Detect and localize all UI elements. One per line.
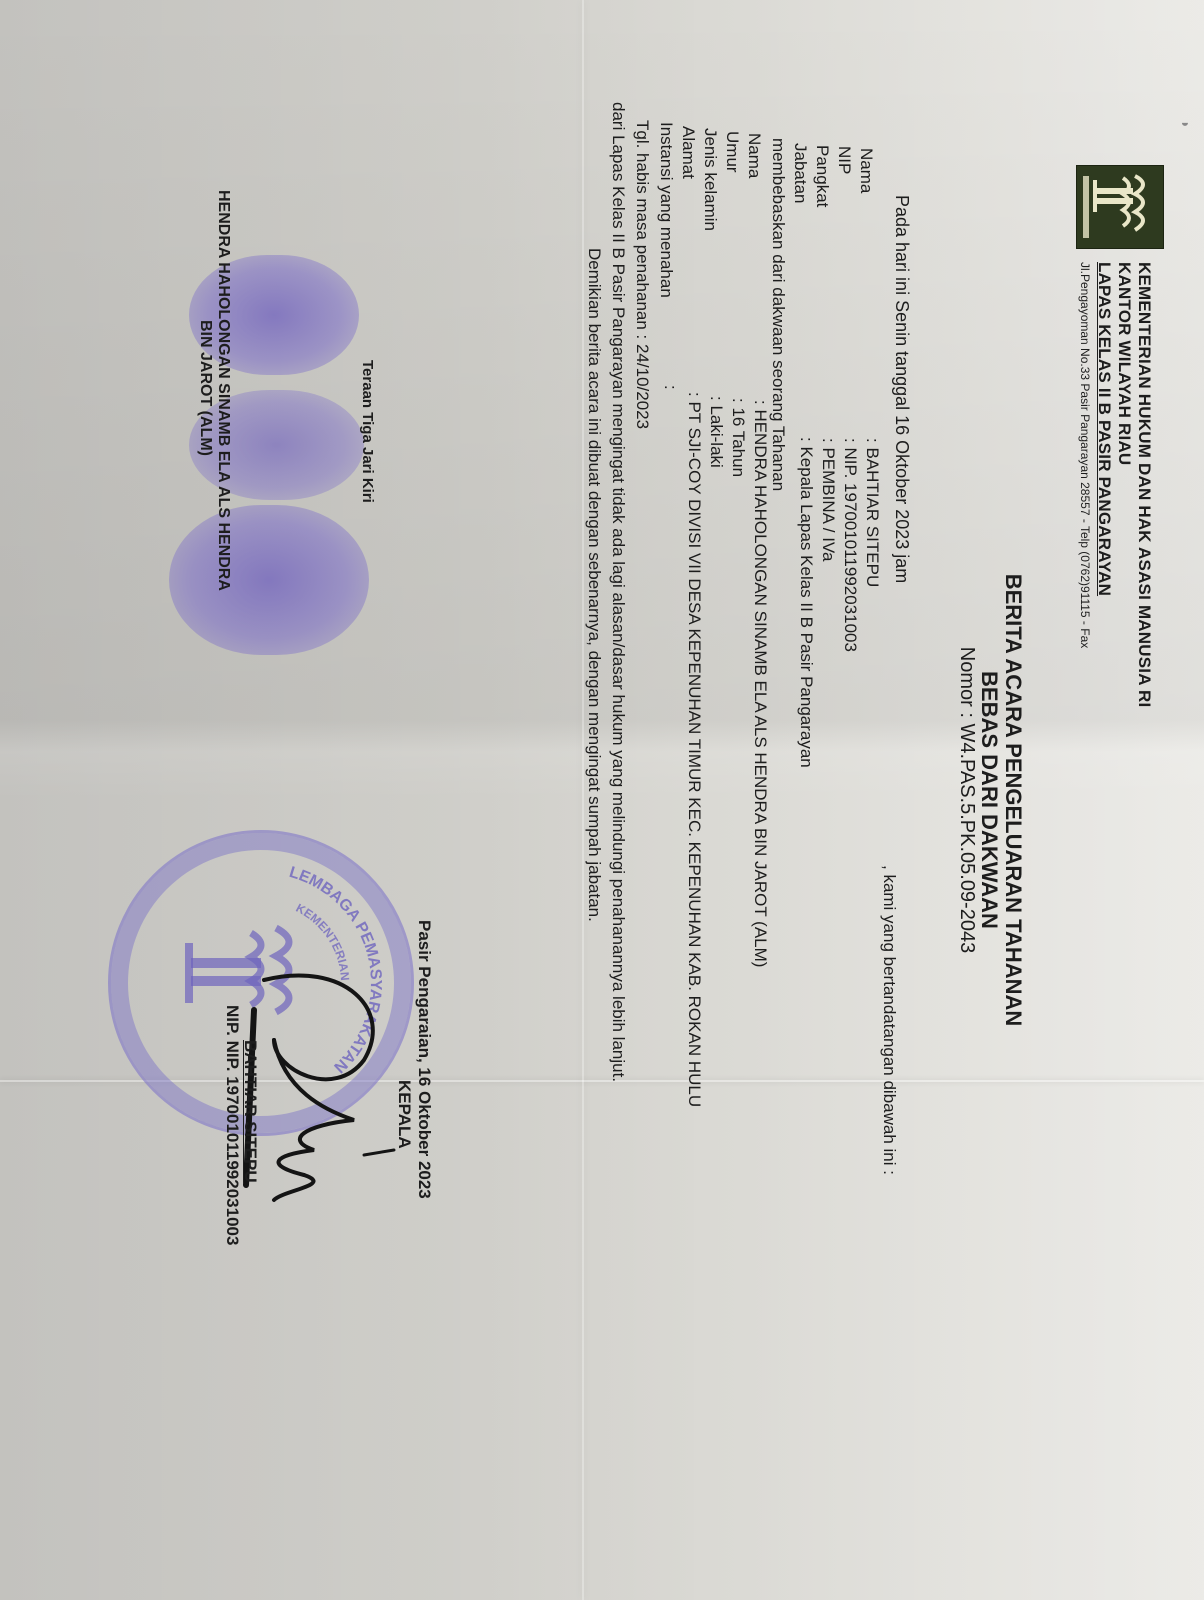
prisoner-name-label: Nama bbox=[744, 133, 764, 178]
official-name-value: : BAHTIAR SITEPU bbox=[862, 438, 882, 587]
detaining-agency-label: Instansi yang menahan bbox=[656, 122, 676, 298]
letterhead-address: Jl.Pengayoman No.33 Pasir Pangarayan 285… bbox=[1078, 262, 1092, 648]
official-name-label: Nama bbox=[856, 148, 876, 193]
intro-tail-text: , kami yang bertandatangan dibawah ini : bbox=[879, 865, 899, 1175]
fingerprint-owner-name: HENDRA HAHOLONGAN SINAMB ELA ALS HENDRA bbox=[214, 190, 232, 591]
prisoner-age-value: : 16 Tahun bbox=[728, 398, 748, 477]
signing-place-date: Pasir Pengaraian, 16 Oktober 2023 bbox=[414, 920, 434, 1199]
official-nip-label: NIP bbox=[834, 146, 854, 174]
official-rank-value: : PEMBINA / IVa bbox=[818, 438, 838, 561]
official-rank-label: Pangkat bbox=[812, 145, 832, 207]
closing-text: Demikian berita acara ini dibuat dengan … bbox=[584, 248, 604, 922]
release-reason-text: dari Lapas Kelas II B Pasir Pangarayan m… bbox=[608, 102, 628, 1082]
pin-mark: ◗ bbox=[1178, 120, 1194, 128]
official-nip-value: : NIP. 197001011992031003 bbox=[840, 438, 860, 652]
official-position-value: : Kepala Lapas Kelas II B Pasir Pangaray… bbox=[796, 437, 816, 768]
thumbprint-3 bbox=[169, 505, 369, 655]
prisoner-gender-label: Jenis kelamin bbox=[700, 128, 720, 231]
letterhead-ministry: KEMENTERIAN HUKUM DAN HAK ASASI MANUSIA … bbox=[1134, 262, 1154, 707]
prisoner-age-label: Umur bbox=[722, 131, 742, 173]
detaining-agency-value: : bbox=[660, 385, 680, 390]
intro-text: Pada hari ini Senin tanggal 16 Oktober 2… bbox=[891, 195, 912, 583]
prisoner-name-value: : HENDRA HAHOLONGAN SINAMB ELA ALS HENDR… bbox=[750, 400, 770, 967]
prisoner-address-label: Alamat bbox=[678, 126, 698, 179]
document-paper: ◗ KEMENTERIAN HUKUM DAN HAK ASASI MANUSI… bbox=[0, 0, 1204, 1600]
detention-end-date: Tgl. habis masa penahanan : 24/10/2023 bbox=[632, 120, 652, 429]
fingerprint-label: Teraan Tiga Jari Kiri bbox=[359, 360, 376, 503]
prisoner-address-value: : PT SJI-COY DIVISI VII DESA KEPENUHAN T… bbox=[684, 392, 704, 1107]
fingerprint-owner-name-cont: BIN JAROT (ALM) bbox=[196, 320, 214, 456]
letterhead-institution: LAPAS KELAS II B PASIR PANGARAYAN bbox=[1094, 262, 1114, 596]
signatory-nip: NIP. NIP. 197001011992031003 bbox=[222, 1005, 242, 1245]
document-subtitle: BEBAS DARI DAKWAAN bbox=[976, 420, 1002, 1180]
letterhead-regional-office: KANTOR WILAYAH RIAU bbox=[1114, 262, 1134, 465]
official-position-label: Jabatan bbox=[790, 143, 810, 204]
release-statement: membebaskan dari dakwaan seorang Tahanan bbox=[768, 138, 788, 491]
document-number: Nomor : W4.PAS.5.PK.05.09-2043 bbox=[955, 420, 978, 1180]
ministry-logo-icon bbox=[1076, 165, 1164, 249]
signatory-role: KEPALA bbox=[394, 1080, 414, 1149]
document-title: BERITA ACARA PENGELUARAN TAHANAN bbox=[1000, 420, 1026, 1180]
signatory-name: BAHTIAR SITEPU bbox=[240, 1040, 260, 1183]
prisoner-gender-value: : Laki-laki bbox=[706, 396, 726, 468]
